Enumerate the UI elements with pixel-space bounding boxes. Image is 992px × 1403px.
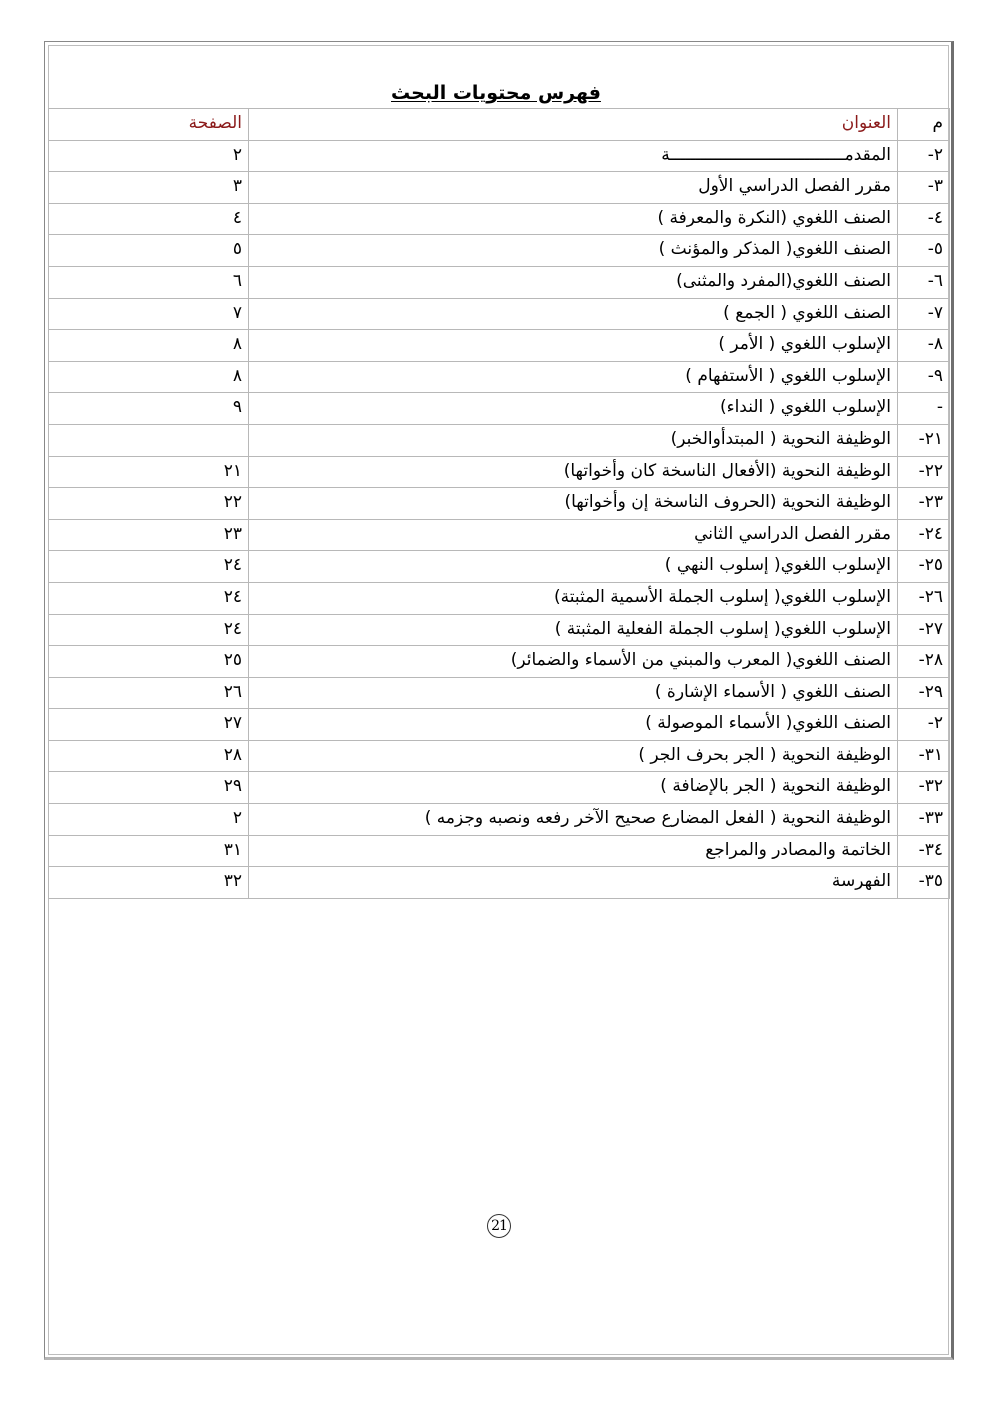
row-page: ٢٤ — [49, 614, 249, 646]
row-page: ٢ — [49, 804, 249, 836]
table-row: ٥-الصنف اللغوي( المذكر والمؤنث )٥ — [49, 235, 950, 267]
table-row: ٢١-الوظيفة النحوية ( المبتدأوالخبر) — [49, 424, 950, 456]
table-row: ٢٤-مقرر الفصل الدراسي الثاني٢٣ — [49, 519, 950, 551]
row-page: ٣ — [49, 172, 249, 204]
row-title: الصنف اللغوي(المفرد والمثنى) — [249, 266, 898, 298]
table-row: ٣٤-الخاتمة والمصادر والمراجع٣١ — [49, 835, 950, 867]
row-title: الإسلوب اللغوي( إسلوب النهي ) — [249, 551, 898, 583]
row-page: ٢٨ — [49, 740, 249, 772]
row-title: مقرر الفصل الدراسي الثاني — [249, 519, 898, 551]
row-title: الصنف اللغوي( المعرب والمبني من الأسماء … — [249, 646, 898, 678]
row-title: الوظيفة النحوية ( الجر بحرف الجر ) — [249, 740, 898, 772]
row-number: ٣٢- — [898, 772, 950, 804]
table-row: ٣٥-الفهرسة٣٢ — [49, 867, 950, 899]
row-title: الصنف اللغوي( الأسماء الموصولة ) — [249, 709, 898, 741]
row-number: ٢٦- — [898, 582, 950, 614]
row-title: الإسلوب اللغوي( إسلوب الجملة الأسمية الم… — [249, 582, 898, 614]
table-row: ٣-مقرر الفصل الدراسي الأول٣ — [49, 172, 950, 204]
table-row: ٢٦-الإسلوب اللغوي( إسلوب الجملة الأسمية … — [49, 582, 950, 614]
row-number: ٢- — [898, 709, 950, 741]
row-page: ٤ — [49, 203, 249, 235]
table-row: ٦-الصنف اللغوي(المفرد والمثنى)٦ — [49, 266, 950, 298]
row-page: ٥ — [49, 235, 249, 267]
row-page: ٣٢ — [49, 867, 249, 899]
row-title: الصنف اللغوي( المذكر والمؤنث ) — [249, 235, 898, 267]
row-page: ٧ — [49, 298, 249, 330]
header-title: العنوان — [249, 109, 898, 141]
row-title: الإسلوب اللغوي( إسلوب الجملة الفعلية الم… — [249, 614, 898, 646]
table-row: ٣١-الوظيفة النحوية ( الجر بحرف الجر )٢٨ — [49, 740, 950, 772]
row-title: الوظيفة النحوية ( الفعل المضارع صحيح الآ… — [249, 804, 898, 836]
row-page: ٢٥ — [49, 646, 249, 678]
row-title: مقرر الفصل الدراسي الأول — [249, 172, 898, 204]
row-page: ٢١ — [49, 456, 249, 488]
row-page: ٢٧ — [49, 709, 249, 741]
header-number: م — [898, 109, 950, 141]
row-number: ٤- — [898, 203, 950, 235]
table-row: ٨-الإسلوب اللغوي ( الأمر )٨ — [49, 330, 950, 362]
row-title: الوظيفة النحوية ( المبتدأوالخبر) — [249, 424, 898, 456]
row-title: الصنف اللغوي ( الجمع ) — [249, 298, 898, 330]
header-page: الصفحة — [49, 109, 249, 141]
table-row: ٢-الصنف اللغوي( الأسماء الموصولة )٢٧ — [49, 709, 950, 741]
table-of-contents: م العنوان الصفحة ٢-المقدمـــــــــــــــ… — [48, 108, 950, 899]
row-number: ٢٩- — [898, 677, 950, 709]
row-number: ٢١- — [898, 424, 950, 456]
row-number: ٣٤- — [898, 835, 950, 867]
table-row: ٣٣-الوظيفة النحوية ( الفعل المضارع صحيح … — [49, 804, 950, 836]
table-row: ٢٣-الوظيفة النحوية (الحروف الناسخة إن وأ… — [49, 488, 950, 520]
row-page: ٢٦ — [49, 677, 249, 709]
row-page: ٢٣ — [49, 519, 249, 551]
row-title: الوظيفة النحوية (الأفعال الناسخة كان وأخ… — [249, 456, 898, 488]
row-page: ٢٢ — [49, 488, 249, 520]
table-row: ٩-الإسلوب اللغوي ( الأستفهام )٨ — [49, 361, 950, 393]
table-row: ٢٨-الصنف اللغوي( المعرب والمبني من الأسم… — [49, 646, 950, 678]
table-row: ٧-الصنف اللغوي ( الجمع )٧ — [49, 298, 950, 330]
row-page: ٨ — [49, 361, 249, 393]
table-row: ٢٥-الإسلوب اللغوي( إسلوب النهي )٢٤ — [49, 551, 950, 583]
table-body: ٢-المقدمــــــــــــــــــــــــــــــــ… — [49, 140, 950, 898]
row-number: - — [898, 393, 950, 425]
row-number: ٢٨- — [898, 646, 950, 678]
table-row: ٣٢-الوظيفة النحوية ( الجر بالإضافة )٢٩ — [49, 772, 950, 804]
row-number: ٢٢- — [898, 456, 950, 488]
document-title: فهرس محتويات البحث — [0, 80, 992, 106]
row-page: ٢٤ — [49, 582, 249, 614]
row-page: ٦ — [49, 266, 249, 298]
row-number: ٩- — [898, 361, 950, 393]
row-page — [49, 424, 249, 456]
row-number: ٢٤- — [898, 519, 950, 551]
row-number: ٢- — [898, 140, 950, 172]
row-number: ٣- — [898, 172, 950, 204]
table-row: ٢٩-الصنف اللغوي ( الأسماء الإشارة )٢٦ — [49, 677, 950, 709]
row-title: الفهرسة — [249, 867, 898, 899]
table-row: ٢-المقدمــــــــــــــــــــــــــــــــ… — [49, 140, 950, 172]
row-page: ٣١ — [49, 835, 249, 867]
row-number: ٦- — [898, 266, 950, 298]
row-number: ٢٥- — [898, 551, 950, 583]
table-row: ٢٢-الوظيفة النحوية (الأفعال الناسخة كان … — [49, 456, 950, 488]
row-page: ٨ — [49, 330, 249, 362]
row-number: ٢٣- — [898, 488, 950, 520]
row-title: الإسلوب اللغوي ( النداء) — [249, 393, 898, 425]
table-row: -الإسلوب اللغوي ( النداء)٩ — [49, 393, 950, 425]
table-row: ٢٧-الإسلوب اللغوي( إسلوب الجملة الفعلية … — [49, 614, 950, 646]
row-title: الإسلوب اللغوي ( الأستفهام ) — [249, 361, 898, 393]
row-title: الإسلوب اللغوي ( الأمر ) — [249, 330, 898, 362]
row-number: ٨- — [898, 330, 950, 362]
row-page: ٢٩ — [49, 772, 249, 804]
row-number: ٣٥- — [898, 867, 950, 899]
row-number: ٢٧- — [898, 614, 950, 646]
row-title: الصنف اللغوي ( الأسماء الإشارة ) — [249, 677, 898, 709]
row-number: ٣٣- — [898, 804, 950, 836]
row-title: الخاتمة والمصادر والمراجع — [249, 835, 898, 867]
row-number: ٧- — [898, 298, 950, 330]
row-page: ٢ — [49, 140, 249, 172]
row-number: ٣١- — [898, 740, 950, 772]
row-page: ٩ — [49, 393, 249, 425]
row-title: الصنف اللغوي (النكرة والمعرفة ) — [249, 203, 898, 235]
page-number-badge: 21 — [487, 1214, 511, 1238]
row-number: ٥- — [898, 235, 950, 267]
row-page: ٢٤ — [49, 551, 249, 583]
table-row: ٤-الصنف اللغوي (النكرة والمعرفة )٤ — [49, 203, 950, 235]
row-title: الوظيفة النحوية ( الجر بالإضافة ) — [249, 772, 898, 804]
row-title: الوظيفة النحوية (الحروف الناسخة إن وأخوا… — [249, 488, 898, 520]
row-title: المقدمــــــــــــــــــــــــــــــــــ… — [249, 140, 898, 172]
table-header-row: م العنوان الصفحة — [49, 109, 950, 141]
